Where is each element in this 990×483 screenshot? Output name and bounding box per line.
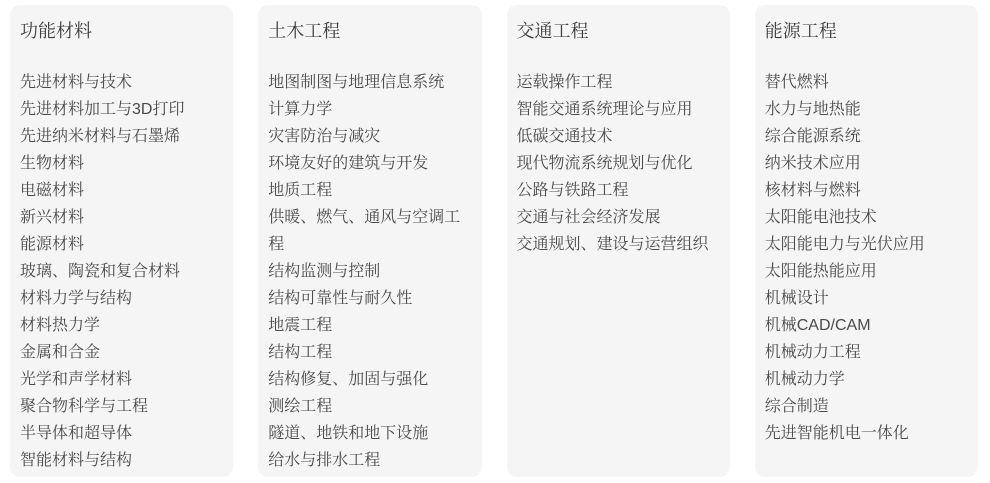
- category-item: 先进材料加工与3D打印: [20, 96, 223, 123]
- category-item: 综合制造: [765, 393, 968, 420]
- category-item: 光学和声学材料: [20, 366, 223, 393]
- category-item: 先进纳米材料与石墨烯: [20, 123, 223, 150]
- category-item: 交通与社会经济发展: [517, 204, 720, 231]
- category-item: 结构可靠性与耐久性: [268, 285, 471, 312]
- category-card: 功能材料 先进材料与技术先进材料加工与3D打印先进纳米材料与石墨烯生物材料电磁材…: [10, 5, 233, 477]
- category-item: 先进材料与技术: [20, 69, 223, 96]
- category-item: 公路与铁路工程: [517, 177, 720, 204]
- category-item: 地质工程: [268, 177, 471, 204]
- category-item-list: 替代燃料水力与地热能综合能源系统纳米技术应用核材料与燃料太阳能电池技术太阳能电力…: [765, 69, 968, 447]
- category-item: 低碳交通技术: [517, 123, 720, 150]
- category-item: 材料力学与结构: [20, 285, 223, 312]
- category-item: 计算力学: [268, 96, 471, 123]
- category-item: 交通规划、建设与运营组织: [517, 231, 720, 258]
- category-item: 供暖、燃气、通风与空调工程: [268, 204, 471, 258]
- category-item: 先进智能机电一体化: [765, 420, 968, 447]
- category-card: 土木工程 地图制图与地理信息系统计算力学灾害防治与减灾环境友好的建筑与开发地质工…: [258, 5, 481, 477]
- category-item: 半导体和超导体: [20, 420, 223, 447]
- category-item: 能源材料: [20, 231, 223, 258]
- category-item: 纳米技术应用: [765, 150, 968, 177]
- category-item: 机械动力学: [765, 366, 968, 393]
- category-item: 灾害防治与减灾: [268, 123, 471, 150]
- category-item: 机械动力工程: [765, 339, 968, 366]
- category-card: 能源工程 替代燃料水力与地热能综合能源系统纳米技术应用核材料与燃料太阳能电池技术…: [755, 5, 978, 477]
- category-item: 地图制图与地理信息系统: [268, 69, 471, 96]
- category-item: 太阳能电力与光伏应用: [765, 231, 968, 258]
- category-item: 结构修复、加固与强化: [268, 366, 471, 393]
- category-item-list: 运载操作工程智能交通系统理论与应用低碳交通技术现代物流系统规划与优化公路与铁路工…: [517, 69, 720, 258]
- category-item: 结构工程: [268, 339, 471, 366]
- topics-page: 功能材料 先进材料与技术先进材料加工与3D打印先进纳米材料与石墨烯生物材料电磁材…: [0, 0, 990, 483]
- category-item: 机械CAD/CAM: [765, 312, 968, 339]
- category-item: 智能材料与结构: [20, 447, 223, 474]
- category-item: 生物材料: [20, 150, 223, 177]
- category-item: 太阳能电池技术: [765, 204, 968, 231]
- category-item: 给水与排水工程: [268, 447, 471, 474]
- category-title: 交通工程: [517, 18, 720, 44]
- category-title: 功能材料: [20, 18, 223, 44]
- category-card: 交通工程 运载操作工程智能交通系统理论与应用低碳交通技术现代物流系统规划与优化公…: [507, 5, 730, 477]
- category-item: 地震工程: [268, 312, 471, 339]
- category-item: 水力与地热能: [765, 96, 968, 123]
- category-title: 土木工程: [268, 18, 471, 44]
- category-item: 测绘工程: [268, 393, 471, 420]
- category-item: 现代物流系统规划与优化: [517, 150, 720, 177]
- category-item: 材料热力学: [20, 312, 223, 339]
- category-item: 聚合物科学与工程: [20, 393, 223, 420]
- category-item: 金属和合金: [20, 339, 223, 366]
- category-item: 隧道、地铁和地下设施: [268, 420, 471, 447]
- category-item: 核材料与燃料: [765, 177, 968, 204]
- category-item: 综合能源系统: [765, 123, 968, 150]
- category-item: 环境友好的建筑与开发: [268, 150, 471, 177]
- category-item: 电磁材料: [20, 177, 223, 204]
- category-title: 能源工程: [765, 18, 968, 44]
- category-card-row: 功能材料 先进材料与技术先进材料加工与3D打印先进纳米材料与石墨烯生物材料电磁材…: [10, 5, 978, 477]
- category-item: 结构监测与控制: [268, 258, 471, 285]
- category-item: 新兴材料: [20, 204, 223, 231]
- category-item-list: 地图制图与地理信息系统计算力学灾害防治与减灾环境友好的建筑与开发地质工程供暖、燃…: [268, 69, 471, 474]
- category-item: 智能交通系统理论与应用: [517, 96, 720, 123]
- category-item-list: 先进材料与技术先进材料加工与3D打印先进纳米材料与石墨烯生物材料电磁材料新兴材料…: [20, 69, 223, 474]
- category-item: 玻璃、陶瓷和复合材料: [20, 258, 223, 285]
- category-item: 替代燃料: [765, 69, 968, 96]
- category-item: 太阳能热能应用: [765, 258, 968, 285]
- category-item: 机械设计: [765, 285, 968, 312]
- category-item: 运载操作工程: [517, 69, 720, 96]
